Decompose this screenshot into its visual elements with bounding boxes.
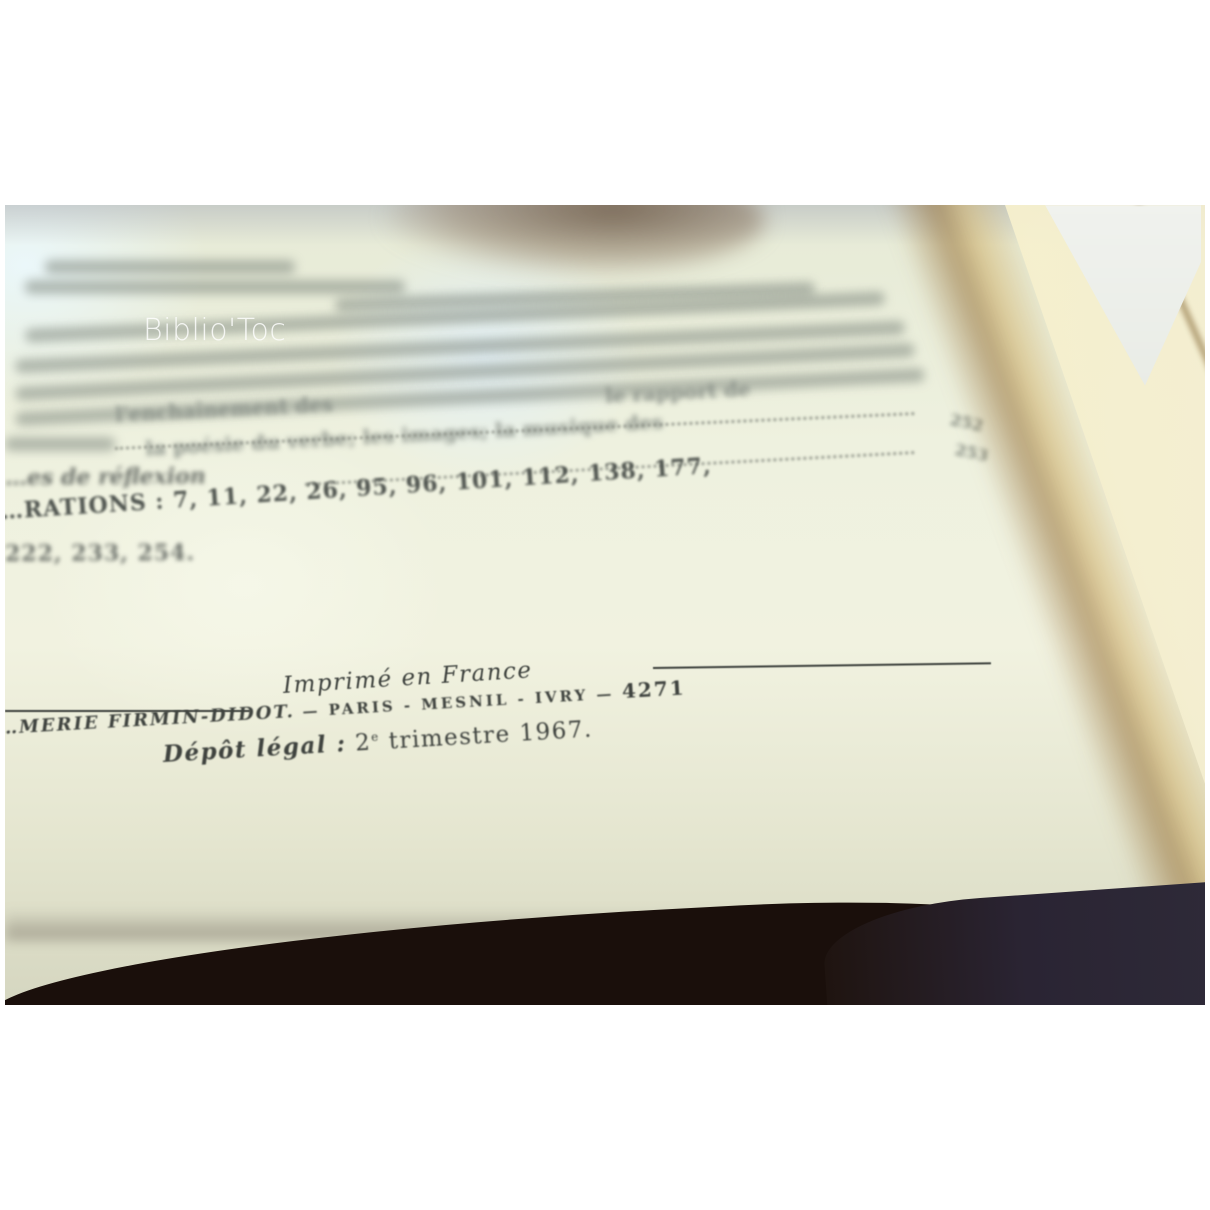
watermark-logo: Biblio'Toc: [143, 313, 286, 348]
blurred-text-line: [25, 280, 405, 294]
blurred-text-line: [45, 260, 295, 274]
index-entry-illustrations-cont: 222, 233, 254.: [5, 540, 195, 567]
blurred-text-line: [5, 437, 115, 451]
book-photo: l'enchaînement des le rapport de la poés…: [5, 205, 1205, 1005]
legal-deposit-quarter-suffix: e: [371, 729, 380, 743]
legal-deposit-quarter: 2: [354, 730, 372, 757]
print-number: 4271: [621, 675, 686, 703]
